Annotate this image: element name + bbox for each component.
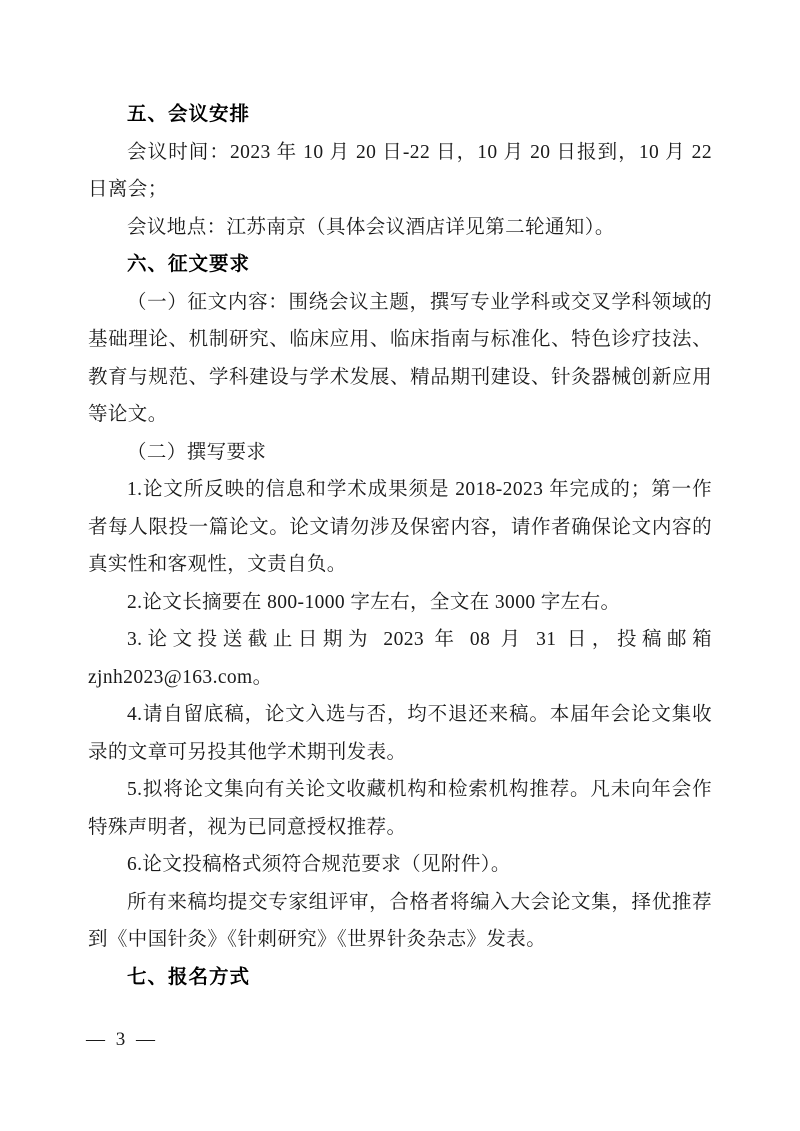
para-rule-2: 2.论文长摘要在 800-1000 字左右，全文在 3000 字左右。 — [88, 584, 712, 622]
section-heading-meeting-arrangement: 五、会议安排 — [88, 96, 712, 134]
page-content: 五、会议安排 会议时间：2023 年 10 月 20 日-22 日，10 月 2… — [0, 0, 800, 996]
para-meeting-time: 会议时间：2023 年 10 月 20 日-22 日，10 月 20 日报到，1… — [88, 134, 712, 209]
page-number: — 3 — — [86, 1026, 158, 1054]
section-heading-call-for-papers: 六、征文要求 — [88, 246, 712, 284]
para-rule-1: 1.论文所反映的信息和学术成果须是 2018-2023 年完成的；第一作者每人限… — [88, 471, 712, 584]
para-writing-requirements-subheading: （二）撰写要求 — [88, 434, 712, 472]
para-review-and-publication: 所有来稿均提交专家组评审，合格者将编入大会论文集，择优推荐到《中国针灸》《针刺研… — [88, 884, 712, 959]
para-submission-content: （一）征文内容：围绕会议主题，撰写专业学科或交叉学科领域的基础理论、机制研究、临… — [88, 284, 712, 434]
para-rule-6: 6.论文投稿格式须符合规范要求（见附件）。 — [88, 846, 712, 884]
document-page: 五、会议安排 会议时间：2023 年 10 月 20 日-22 日，10 月 2… — [0, 0, 800, 1131]
para-rule-5: 5.拟将论文集向有关论文收藏机构和检索机构推荐。凡未向年会作特殊声明者，视为已同… — [88, 771, 712, 846]
para-rule-4: 4.请自留底稿，论文入选与否，均不退还来稿。本届年会论文集收录的文章可另投其他学… — [88, 696, 712, 771]
para-rule-3: 3.论文投送截止日期为 2023 年 08 月 31 日，投稿邮箱 zjnh20… — [88, 621, 712, 696]
section-heading-registration: 七、报名方式 — [88, 959, 712, 997]
para-meeting-location: 会议地点：江苏南京（具体会议酒店详见第二轮通知）。 — [88, 209, 712, 247]
